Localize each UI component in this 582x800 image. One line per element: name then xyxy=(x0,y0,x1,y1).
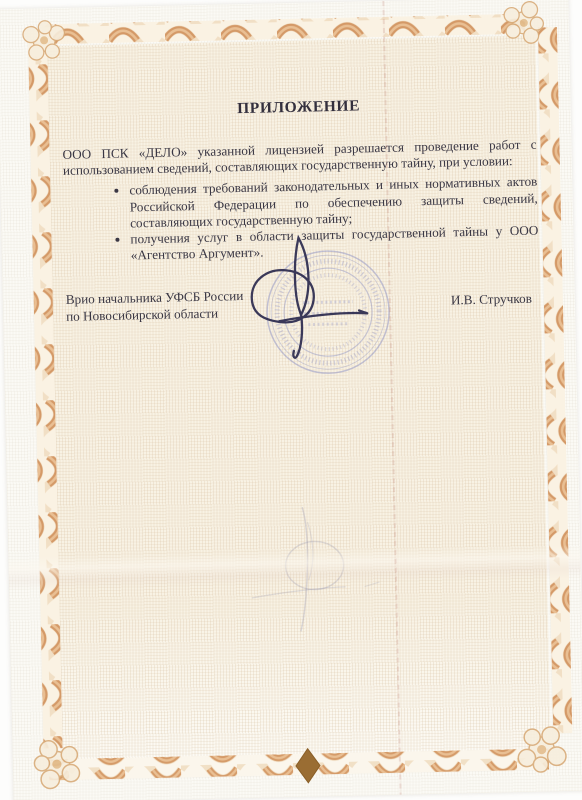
stamp-and-signature-layer xyxy=(0,0,582,800)
scanned-document: ПРИЛОЖЕНИЕ ООО ПСК «ДЕЛО» указанной лице… xyxy=(0,0,582,800)
official-stamp-icon xyxy=(266,250,391,375)
document-page: ПРИЛОЖЕНИЕ ООО ПСК «ДЕЛО» указанной лице… xyxy=(0,0,582,800)
